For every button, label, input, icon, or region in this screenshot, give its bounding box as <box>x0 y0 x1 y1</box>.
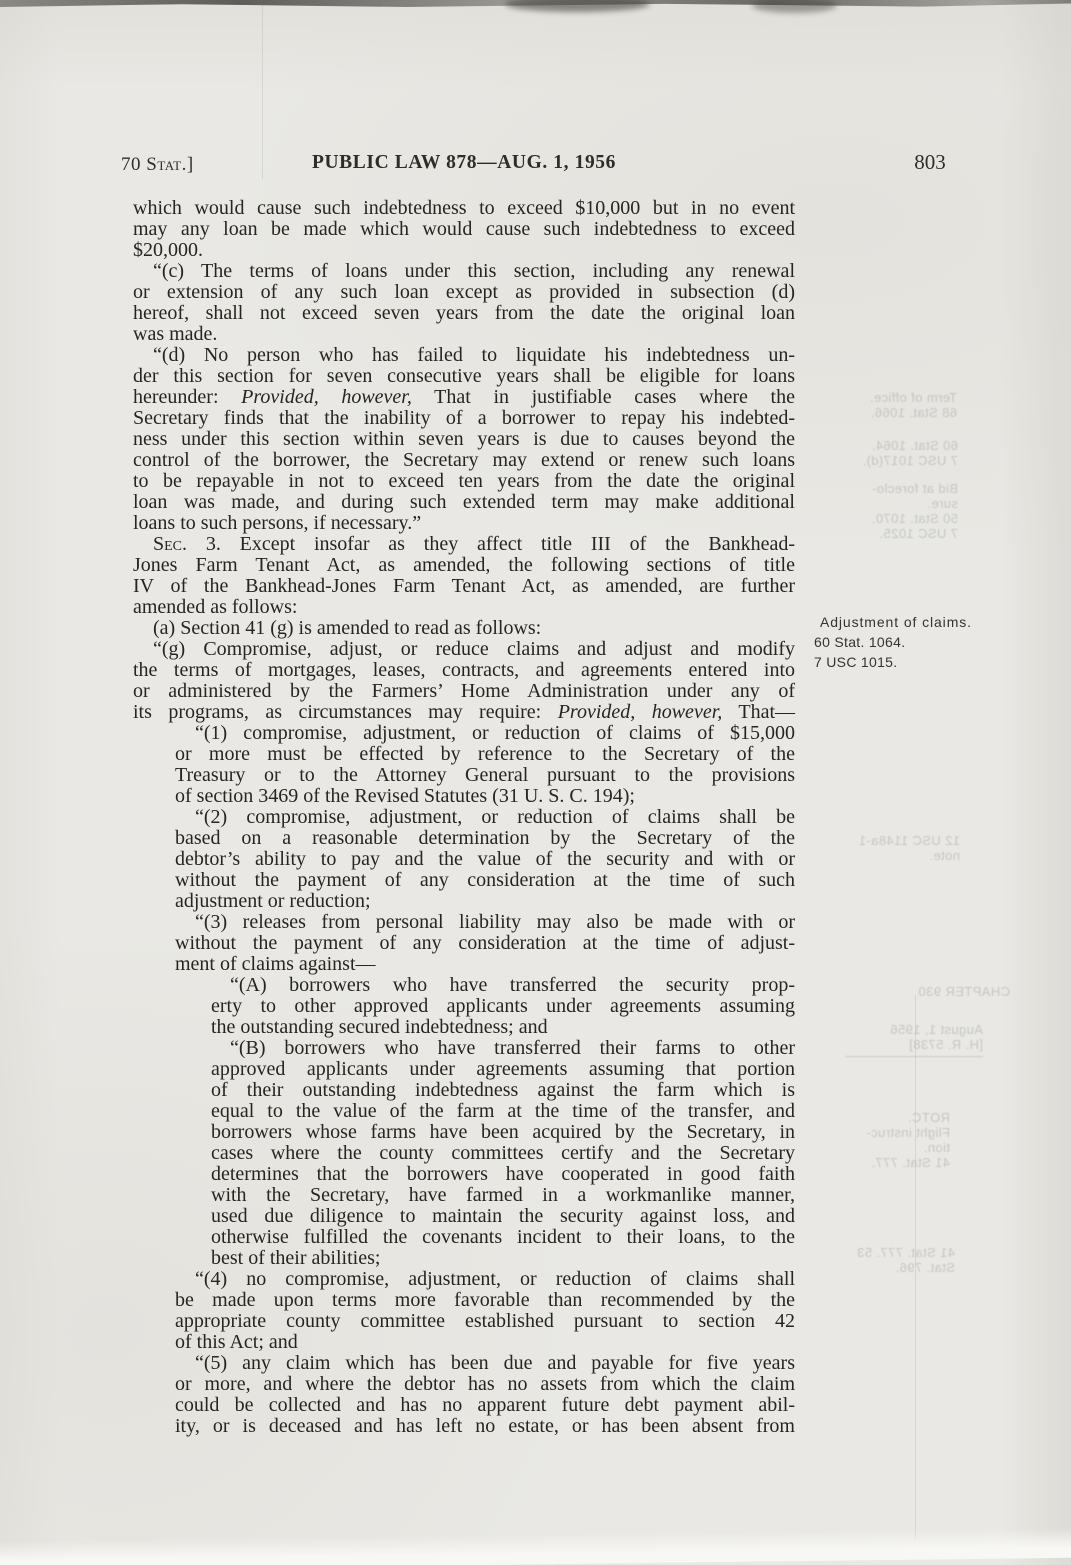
text-line: or administered by the Farmers’ Home Adm… <box>133 681 795 702</box>
paragraph: “(5) any claim which has been due and pa… <box>175 1353 795 1437</box>
law-title-heading: PUBLIC LAW 878—AUG. 1, 1956 <box>133 152 795 174</box>
text-line: may any loan be made which would cause s… <box>133 219 795 240</box>
ghost-text-line: 7 USC 1025. <box>800 526 958 541</box>
scan-bottom-edge-artifact <box>0 1528 1071 1565</box>
text-line: equal to the value of the farm at the ti… <box>211 1101 795 1122</box>
paragraph: Sec. 3. Except insofar as they affect ti… <box>133 534 795 618</box>
ghost-bleedthrough-note: 41 Stat. 777. 53Stat. 796. <box>785 1245 955 1275</box>
text-line: or more must be effected by reference to… <box>175 744 795 765</box>
ghost-text-line: 60 Stat. 1064. <box>810 438 958 453</box>
text-line: or extension of any such loan except as … <box>133 282 795 303</box>
text-line: of this Act; and <box>175 1332 795 1353</box>
text-line: “(A) borrowers who have transferred the … <box>211 975 795 996</box>
ghost-bleedthrough-note: Term of office.68 Stat. 1066. <box>812 390 957 420</box>
ghost-text-line: 68 Stat. 1066. <box>812 405 957 420</box>
text-line: without the payment of any consideration… <box>175 870 795 891</box>
text-line: “(5) any claim which has been due and pa… <box>175 1353 795 1374</box>
paragraph: “(3) releases from personal liability ma… <box>175 912 795 975</box>
text-line: cases where the county committees certif… <box>211 1143 795 1164</box>
text-line: be made upon terms more favorable than r… <box>175 1290 795 1311</box>
text-line: hereunder: Provided, however, That in ju… <box>133 387 795 408</box>
text-line: of their outstanding indebtedness agains… <box>211 1080 795 1101</box>
ghost-text-line: 41 Stat. 777. <box>792 1155 950 1170</box>
paragraph: “(B) borrowers who have transferred thei… <box>211 1038 795 1269</box>
ghost-text-line: Term of office. <box>812 390 957 405</box>
text-line: loans to such persons, if necessary.” <box>133 513 795 534</box>
margin-note-citation: 7 USC 1015. <box>806 652 984 672</box>
page-number: 803 <box>905 150 955 175</box>
text-line: approved applicants under agreements ass… <box>211 1059 795 1080</box>
text-line: which would cause such indebtedness to e… <box>133 198 795 219</box>
text-line: ity, or is deceased and has left no esta… <box>175 1416 795 1437</box>
scan-smudge <box>505 0 650 12</box>
ghost-text-line: Flight instruc- <box>792 1125 950 1140</box>
text-line: loan was made, and during such extended … <box>133 492 795 513</box>
text-line: best of their abilities; <box>211 1248 795 1269</box>
ghost-bleedthrough-note: ROTC.Flight instruc-tion.41 Stat. 777. <box>792 1110 950 1170</box>
text-line: appropriate county committee established… <box>175 1311 795 1332</box>
paragraph: which would cause such indebtedness to e… <box>133 198 795 261</box>
text-line: “(3) releases from personal liability ma… <box>175 912 795 933</box>
paragraph: “(c) The terms of loans under this secti… <box>133 261 795 345</box>
statute-body-text: which would cause such indebtedness to e… <box>133 198 795 1437</box>
ghost-text-line: sure. <box>800 496 958 511</box>
scan-smudge <box>752 0 837 13</box>
ghost-text-line: [H. R. 5738] <box>833 1037 983 1052</box>
text-line: of section 3469 of the Revised Statutes … <box>175 786 795 807</box>
ghost-bleedthrough-note: 12 USC 1148a-1note. <box>795 833 960 863</box>
margin-note-adjustment-of-claims: Adjustment of claims.60 Stat. 1064.7 USC… <box>806 612 984 672</box>
paragraph: “(4) no compromise, adjustment, or reduc… <box>175 1269 795 1353</box>
ghost-bleedthrough-note: August 1, 1956[H. R. 5738] <box>833 1022 983 1057</box>
text-line: otherwise fulfilled the covenants incide… <box>211 1227 795 1248</box>
text-line: “(d) No person who has failed to liquida… <box>133 345 795 366</box>
ghost-text-line: 50 Stat. 1070. <box>800 511 958 526</box>
statute-scan-page: 70 Stat.] PUBLIC LAW 878—AUG. 1, 1956 80… <box>0 0 1071 1565</box>
text-line: with the Secretary, have farmed in a wor… <box>211 1185 795 1206</box>
text-line: could be collected and has no apparent f… <box>175 1395 795 1416</box>
text-line: hereof, shall not exceed seven years fro… <box>133 303 795 324</box>
ghost-text-line: note. <box>795 848 960 863</box>
ghost-bleedthrough-note: CHAPTER 930 <box>878 984 1010 999</box>
text-line: debtor’s ability to pay and the value of… <box>175 849 795 870</box>
text-line: without the payment of any consideration… <box>175 933 795 954</box>
ghost-text-line: 12 USC 1148a-1 <box>795 833 960 848</box>
text-line: adjustment or reduction; <box>175 891 795 912</box>
ghost-text-line: ROTC. <box>792 1110 950 1125</box>
text-line: based on a reasonable determination by t… <box>175 828 795 849</box>
text-line: borrowers whose farms have been acquired… <box>211 1122 795 1143</box>
paragraph: “(1) compromise, adjustment, or reductio… <box>175 723 795 807</box>
ghost-text-line: CHAPTER 930 <box>878 984 1010 999</box>
text-line: der this section for seven consecutive y… <box>133 366 795 387</box>
text-line: “(g) Compromise, adjust, or reduce claim… <box>133 639 795 660</box>
text-line: determines that the borrowers have coope… <box>211 1164 795 1185</box>
ghost-bleedthrough-note: Bid at foreclo-sure.50 Stat. 1070.7 USC … <box>800 481 958 541</box>
margin-note-citation: 60 Stat. 1064. <box>806 632 984 652</box>
text-line: control of the borrower, the Secretary m… <box>133 450 795 471</box>
paragraph: “(d) No person who has failed to liquida… <box>133 345 795 534</box>
text-line: its programs, as circumstances may requi… <box>133 702 795 723</box>
paragraph: “(2) compromise, adjustment, or reductio… <box>175 807 795 912</box>
ghost-bleedthrough-note: 60 Stat. 1064.7 USC 1017(d). <box>810 438 958 468</box>
running-header: 70 Stat.] PUBLIC LAW 878—AUG. 1, 1956 80… <box>0 152 1071 178</box>
text-line: “(4) no compromise, adjustment, or reduc… <box>175 1269 795 1290</box>
text-line: the outstanding secured indebtedness; an… <box>211 1017 795 1038</box>
text-line: IV of the Bankhead-Jones Farm Tenant Act… <box>133 576 795 597</box>
text-line: ment of claims against— <box>175 954 795 975</box>
text-line: “(B) borrowers who have transferred thei… <box>211 1038 795 1059</box>
text-line: Sec. 3. Except insofar as they affect ti… <box>133 534 795 555</box>
ghost-text-line: 7 USC 1017(d). <box>810 453 958 468</box>
text-line: or more, and where the debtor has no ass… <box>175 1374 795 1395</box>
text-line: “(2) compromise, adjustment, or reductio… <box>175 807 795 828</box>
ghost-text-line: tion. <box>792 1140 950 1155</box>
text-line: ness under this section within seven yea… <box>133 429 795 450</box>
paragraph: “(A) borrowers who have transferred the … <box>211 975 795 1038</box>
text-line: (a) Section 41 (g) is amended to read as… <box>133 618 795 639</box>
text-line: was made. <box>133 324 795 345</box>
ghost-text-line: 41 Stat. 777. 53 <box>785 1245 955 1260</box>
ghost-text-line: Bid at foreclo- <box>800 481 958 496</box>
margin-note-label: Adjustment of claims. <box>806 612 984 632</box>
ghost-text-line: Stat. 796. <box>785 1260 955 1275</box>
text-line: Treasury or to the Attorney General purs… <box>175 765 795 786</box>
text-line: amended as follows: <box>133 597 795 618</box>
text-line: erty to other approved applicants under … <box>211 996 795 1017</box>
ghost-rule <box>845 1056 983 1057</box>
text-line: “(c) The terms of loans under this secti… <box>133 261 795 282</box>
ghost-text-line: August 1, 1956 <box>833 1022 983 1037</box>
text-line: Jones Farm Tenant Act, as amended, the f… <box>133 555 795 576</box>
text-line: used due diligence to maintain the secur… <box>211 1206 795 1227</box>
text-line: Secretary finds that the inability of a … <box>133 408 795 429</box>
paragraph: “(g) Compromise, adjust, or reduce claim… <box>133 639 795 723</box>
text-line: “(1) compromise, adjustment, or reductio… <box>175 723 795 744</box>
text-line: $20,000. <box>133 240 795 261</box>
text-line: the terms of mortgages, leases, contract… <box>133 660 795 681</box>
text-line: to be repayable in not to exceed ten yea… <box>133 471 795 492</box>
paragraph: (a) Section 41 (g) is amended to read as… <box>133 618 795 639</box>
